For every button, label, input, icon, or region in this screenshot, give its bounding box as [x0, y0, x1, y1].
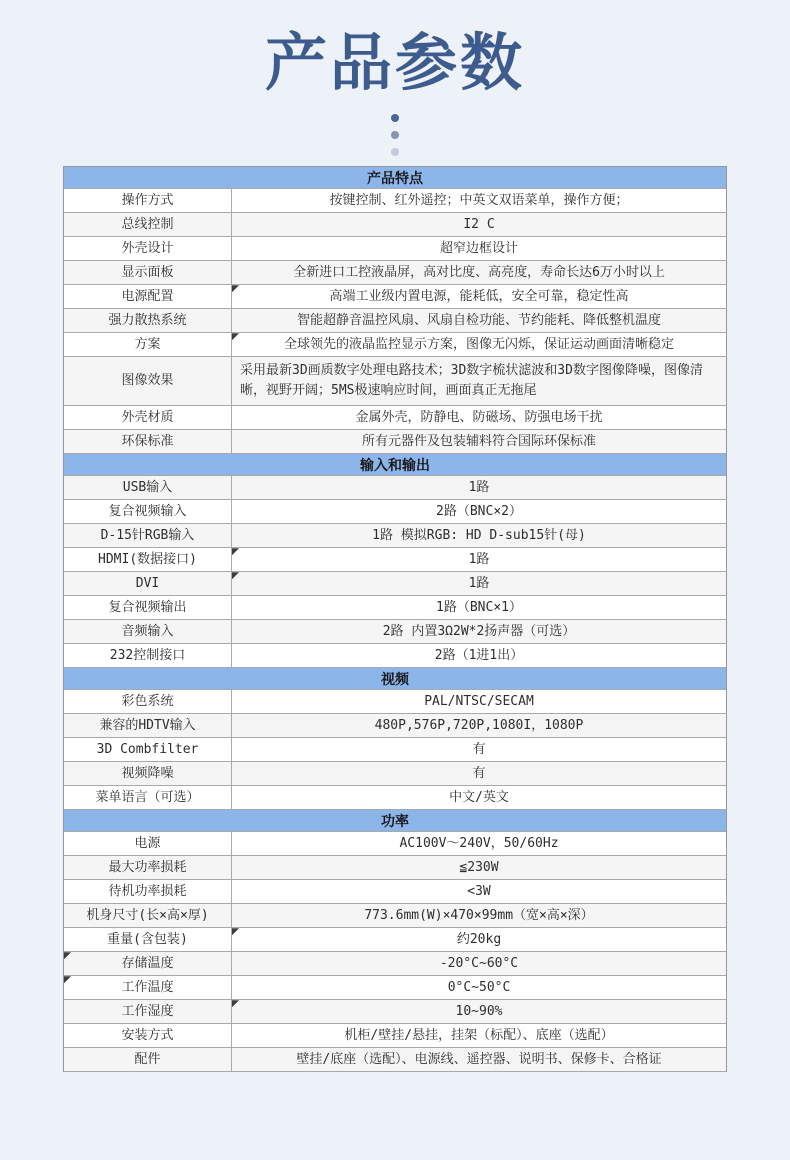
spec-value: 高端工业级内置电源，能耗低，安全可靠，稳定性高: [232, 285, 726, 308]
spec-row: 环保标准所有元器件及包装辅料符合国际环保标准: [64, 430, 726, 454]
spec-label: 工作湿度: [64, 1000, 232, 1023]
note-marker-icon: [232, 285, 239, 292]
spec-value: 1路: [232, 476, 726, 499]
spec-row: 外壳材质金属外壳，防静电、防磁场、防强电场干扰: [64, 406, 726, 430]
spec-label: 环保标准: [64, 430, 232, 453]
spec-value: 2路（1进1出）: [232, 644, 726, 667]
spec-row: 操作方式按键控制、红外遥控；中英文双语菜单，操作方便；: [64, 189, 726, 213]
spec-label: 待机功率损耗: [64, 880, 232, 903]
spec-value: 2路（BNC×2）: [232, 500, 726, 523]
spec-row: 显示面板全新进口工控液晶屏，高对比度、高亮度，寿命长达6万小时以上: [64, 261, 726, 285]
spec-label: 安装方式: [64, 1024, 232, 1047]
spec-value: 机柜/壁挂/悬挂，挂架（标配）、底座（选配）: [232, 1024, 726, 1047]
spec-row: 最大功率损耗≦230W: [64, 856, 726, 880]
spec-label: 外壳材质: [64, 406, 232, 429]
decor-dot: [391, 148, 399, 156]
spec-value: 773.6mm(W)×470×99mm（宽×高×深）: [232, 904, 726, 927]
spec-row: 外壳设计超窄边框设计: [64, 237, 726, 261]
section-header: 产品特点: [64, 167, 726, 189]
spec-label: 232控制接口: [64, 644, 232, 667]
spec-label: 存储温度: [64, 952, 232, 975]
spec-label: 菜单语言（可选）: [64, 786, 232, 809]
spec-row: HDMI(数据接口)1路: [64, 548, 726, 572]
note-marker-icon: [64, 952, 71, 959]
section-header: 功率: [64, 810, 726, 832]
spec-row: 视频降噪有: [64, 762, 726, 786]
spec-label: 视频降噪: [64, 762, 232, 785]
spec-row: DVI1路: [64, 572, 726, 596]
spec-label: 操作方式: [64, 189, 232, 212]
spec-label: 电源: [64, 832, 232, 855]
spec-label: 工作温度: [64, 976, 232, 999]
spec-value: 0°C~50°C: [232, 976, 726, 999]
spec-value: 全球领先的液晶监控显示方案，图像无闪烁，保证运动画面清晰稳定: [232, 333, 726, 356]
spec-row: 图像效果采用最新3D画质数字处理电路技术；3D数字梳状滤波和3D数字图像降噪，图…: [64, 357, 726, 406]
spec-row: 菜单语言（可选）中文/英文: [64, 786, 726, 810]
spec-row: 工作温度0°C~50°C: [64, 976, 726, 1000]
spec-label: 配件: [64, 1048, 232, 1071]
spec-value: -20°C~60°C: [232, 952, 726, 975]
spec-row: 总线控制I2 C: [64, 213, 726, 237]
decor-dot: [391, 114, 399, 122]
spec-value: 1路 模拟RGB: HD D-sub15针(母): [232, 524, 726, 547]
spec-row: 兼容的HDTV输入480P,576P,720P,1080I，1080P: [64, 714, 726, 738]
spec-row: 电源配置高端工业级内置电源，能耗低，安全可靠，稳定性高: [64, 285, 726, 309]
decor-dots: [0, 114, 790, 156]
note-marker-icon: [232, 928, 239, 935]
spec-value: 中文/英文: [232, 786, 726, 809]
spec-label: 机身尺寸(长×高×厚): [64, 904, 232, 927]
spec-value: 1路（BNC×1）: [232, 596, 726, 619]
spec-value: 有: [232, 762, 726, 785]
spec-row: D-15针RGB输入1路 模拟RGB: HD D-sub15针(母): [64, 524, 726, 548]
spec-value: 所有元器件及包装辅料符合国际环保标准: [232, 430, 726, 453]
note-marker-icon: [232, 1000, 239, 1007]
spec-value: 10~90%: [232, 1000, 726, 1023]
spec-label: 重量(含包装): [64, 928, 232, 951]
spec-label: 复合视频输出: [64, 596, 232, 619]
spec-value: 按键控制、红外遥控；中英文双语菜单，操作方便；: [232, 189, 726, 212]
spec-row: 复合视频输入2路（BNC×2）: [64, 500, 726, 524]
spec-label: 电源配置: [64, 285, 232, 308]
note-marker-icon: [232, 548, 239, 555]
spec-label: 显示面板: [64, 261, 232, 284]
spec-value: 1路: [232, 548, 726, 571]
spec-label: 彩色系统: [64, 690, 232, 713]
spec-label: 总线控制: [64, 213, 232, 236]
spec-label: DVI: [64, 572, 232, 595]
spec-label: 最大功率损耗: [64, 856, 232, 879]
spec-row: 电源AC100V～240V，50/60Hz: [64, 832, 726, 856]
spec-value: ≦230W: [232, 856, 726, 879]
spec-row: 待机功率损耗<3W: [64, 880, 726, 904]
note-marker-icon: [232, 333, 239, 340]
spec-value: 2路 内置3Ω2W*2扬声器（可选）: [232, 620, 726, 643]
spec-label: 兼容的HDTV输入: [64, 714, 232, 737]
spec-label: D-15针RGB输入: [64, 524, 232, 547]
spec-row: 工作湿度10~90%: [64, 1000, 726, 1024]
spec-row: 彩色系统PAL/NTSC/SECAM: [64, 690, 726, 714]
spec-row: 存储温度-20°C~60°C: [64, 952, 726, 976]
page: 产品参数 产品特点操作方式按键控制、红外遥控；中英文双语菜单，操作方便；总线控制…: [0, 0, 790, 1072]
spec-label: USB输入: [64, 476, 232, 499]
spec-value: AC100V～240V，50/60Hz: [232, 832, 726, 855]
spec-row: 安装方式机柜/壁挂/悬挂，挂架（标配）、底座（选配）: [64, 1024, 726, 1048]
spec-value: 480P,576P,720P,1080I，1080P: [232, 714, 726, 737]
note-marker-icon: [232, 572, 239, 579]
spec-row: 音频输入2路 内置3Ω2W*2扬声器（可选）: [64, 620, 726, 644]
spec-value: 约20kg: [232, 928, 726, 951]
spec-table: 产品特点操作方式按键控制、红外遥控；中英文双语菜单，操作方便；总线控制I2 C外…: [63, 166, 727, 1072]
spec-row: 方案全球领先的液晶监控显示方案，图像无闪烁，保证运动画面清晰稳定: [64, 333, 726, 357]
spec-row: USB输入1路: [64, 476, 726, 500]
spec-label: HDMI(数据接口): [64, 548, 232, 571]
spec-value: 壁挂/底座（选配）、电源线、遥控器、说明书、保修卡、合格证: [232, 1048, 726, 1071]
spec-label: 图像效果: [64, 357, 232, 405]
spec-value: 1路: [232, 572, 726, 595]
spec-value: 智能超静音温控风扇、风扇自检功能、节约能耗、降低整机温度: [232, 309, 726, 332]
spec-label: 强力散热系统: [64, 309, 232, 332]
spec-row: 复合视频输出1路（BNC×1）: [64, 596, 726, 620]
spec-value: PAL/NTSC/SECAM: [232, 690, 726, 713]
spec-value: I2 C: [232, 213, 726, 236]
spec-label: 3D Combfilter: [64, 738, 232, 761]
spec-value: 采用最新3D画质数字处理电路技术；3D数字梳状滤波和3D数字图像降噪，图像清晰，…: [232, 357, 726, 405]
spec-value: 全新进口工控液晶屏，高对比度、高亮度，寿命长达6万小时以上: [232, 261, 726, 284]
spec-row: 机身尺寸(长×高×厚)773.6mm(W)×470×99mm（宽×高×深）: [64, 904, 726, 928]
decor-dot: [391, 131, 399, 139]
section-header: 输入和输出: [64, 454, 726, 476]
spec-row: 配件壁挂/底座（选配）、电源线、遥控器、说明书、保修卡、合格证: [64, 1048, 726, 1072]
spec-label: 音频输入: [64, 620, 232, 643]
spec-value: 有: [232, 738, 726, 761]
page-title: 产品参数: [0, 0, 790, 98]
section-header: 视频: [64, 668, 726, 690]
spec-label: 方案: [64, 333, 232, 356]
note-marker-icon: [64, 976, 71, 983]
spec-value: 超窄边框设计: [232, 237, 726, 260]
spec-value: 金属外壳，防静电、防磁场、防强电场干扰: [232, 406, 726, 429]
spec-row: 3D Combfilter有: [64, 738, 726, 762]
spec-row: 强力散热系统智能超静音温控风扇、风扇自检功能、节约能耗、降低整机温度: [64, 309, 726, 333]
spec-row: 232控制接口2路（1进1出）: [64, 644, 726, 668]
spec-label: 外壳设计: [64, 237, 232, 260]
spec-label: 复合视频输入: [64, 500, 232, 523]
spec-value: <3W: [232, 880, 726, 903]
spec-row: 重量(含包装)约20kg: [64, 928, 726, 952]
